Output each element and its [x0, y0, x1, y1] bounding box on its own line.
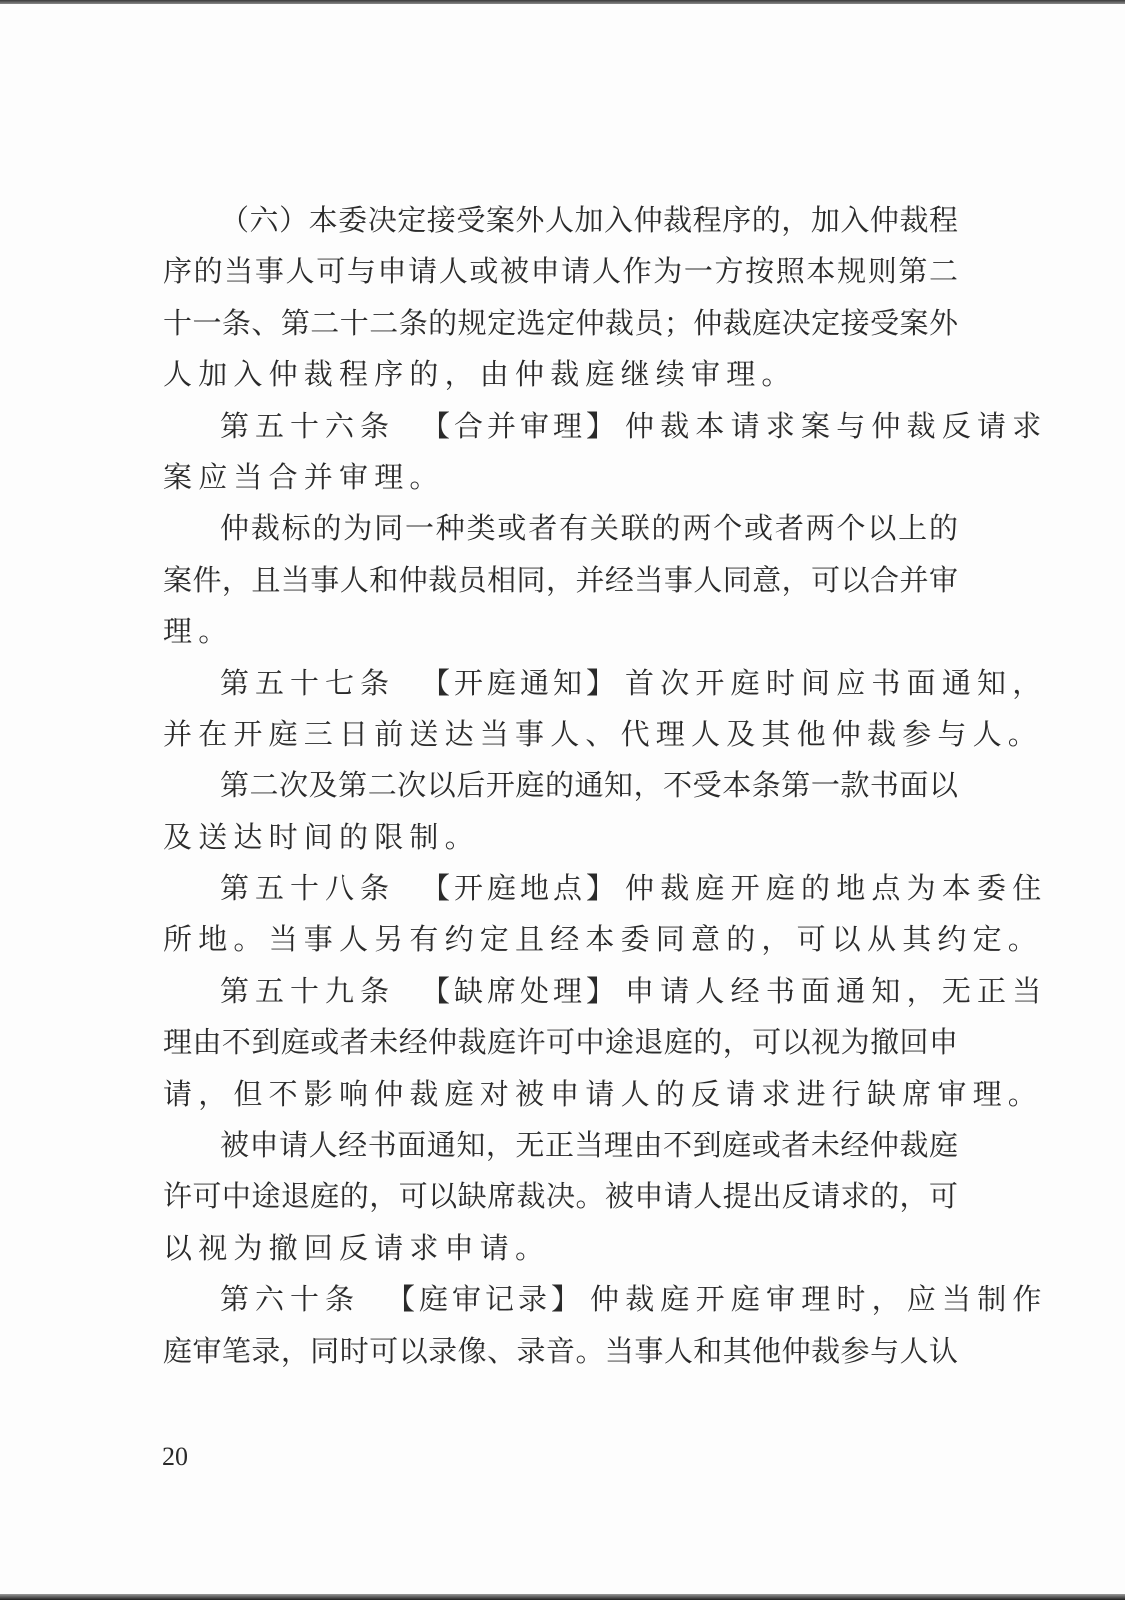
text-line: 案应当合并审理。 [163, 457, 963, 508]
article-57: 第五十七条【开庭通知】首次开庭时间应书面通知， 并在开庭三日前送达当事人、代理人… [163, 663, 963, 766]
article-58: 第五十八条【开庭地点】仲裁庭开庭的地点为本委住 所地。当事人另有约定且经本委同意… [163, 868, 963, 971]
article-60: 第六十条【庭审记录】仲裁庭开庭审理时，应当制作 庭审笔录，同时可以录像、录音。当… [163, 1279, 963, 1382]
article-title: 【开庭通知】 [421, 666, 619, 700]
paragraph-56-2: 仲裁标的为同一种类或者有关联的两个或者两个以上的 案件，且当事人和仲裁员相同，并… [163, 508, 963, 662]
text-line: 人加入仲裁程序的，由仲裁庭继续审理。 [163, 354, 963, 405]
article-heading-line: 第五十七条【开庭通知】首次开庭时间应书面通知， [163, 663, 963, 714]
article-title: 【缺席处理】 [421, 974, 619, 1008]
article-text: 仲裁庭开庭的地点为本委住 [625, 871, 1047, 905]
scan-edge-bottom [0, 1594, 1125, 1600]
paragraph-57-2: 第二次及第二次以后开庭的通知，不受本条第一款书面以 及送达时间的限制。 [163, 765, 963, 868]
article-title: 【开庭地点】 [421, 871, 619, 905]
text-line: 被申请人经书面通知，无正当理由不到庭或者未经仲裁庭 [163, 1125, 958, 1176]
article-heading-line: 第五十九条【缺席处理】申请人经书面通知，无正当 [163, 971, 963, 1022]
article-59: 第五十九条【缺席处理】申请人经书面通知，无正当 理由不到庭或者未经仲裁庭许可中途… [163, 971, 963, 1125]
text-line: 理。 [163, 611, 963, 662]
text-line: 许可中途退庭的，可以缺席裁决。被申请人提出反请求的，可 [163, 1176, 958, 1227]
text-line: 理由不到庭或者未经仲裁庭许可中途退庭的，可以视为撤回申 [163, 1022, 958, 1073]
text-line: 十一条、第二十二条的规定选定仲裁员；仲裁庭决定接受案外 [163, 303, 958, 354]
page-number: 20 [162, 1442, 188, 1472]
article-number: 第五十七条 [220, 666, 395, 700]
document-page: （六）本委决定接受案外人加入仲裁程序的，加入仲裁程 序的当事人可与申请人或被申请… [0, 0, 1125, 1600]
text-line: （六）本委决定接受案外人加入仲裁程序的，加入仲裁程 [163, 200, 958, 251]
article-heading-line: 第六十条【庭审记录】仲裁庭开庭审理时，应当制作 [163, 1279, 963, 1330]
text-line: 仲裁标的为同一种类或者有关联的两个或者两个以上的 [163, 508, 958, 559]
clause-six: （六）本委决定接受案外人加入仲裁程序的，加入仲裁程 序的当事人可与申请人或被申请… [163, 200, 963, 406]
scan-edge-top [0, 0, 1125, 4]
paragraph-59-2: 被申请人经书面通知，无正当理由不到庭或者未经仲裁庭 许可中途退庭的，可以缺席裁决… [163, 1125, 963, 1279]
article-title: 【合并审理】 [421, 409, 619, 443]
article-number: 第五十六条 [220, 409, 395, 443]
article-heading-line: 第五十八条【开庭地点】仲裁庭开庭的地点为本委住 [163, 868, 963, 919]
article-number: 第五十九条 [220, 974, 395, 1008]
article-text: 首次开庭时间应书面通知， [625, 666, 1047, 700]
article-text: 仲裁庭开庭审理时，应当制作 [590, 1282, 1048, 1316]
text-line: 所地。当事人另有约定且经本委同意的，可以从其约定。 [163, 919, 963, 970]
text-line: 以视为撤回反请求申请。 [163, 1228, 963, 1279]
text-line: 庭审笔录，同时可以录像、录音。当事人和其他仲裁参与人认 [163, 1331, 958, 1382]
text-line: 序的当事人可与申请人或被申请人作为一方按照本规则第二 [163, 251, 958, 302]
text-line: 第二次及第二次以后开庭的通知，不受本条第一款书面以 [163, 765, 958, 816]
article-number: 第六十条 [220, 1282, 360, 1316]
article-56: 第五十六条【合并审理】仲裁本请求案与仲裁反请求 案应当合并审理。 [163, 406, 963, 509]
document-body: （六）本委决定接受案外人加入仲裁程序的，加入仲裁程 序的当事人可与申请人或被申请… [163, 200, 963, 1382]
text-line: 请，但不影响仲裁庭对被申请人的反请求进行缺席审理。 [163, 1074, 963, 1125]
article-text: 申请人经书面通知，无正当 [625, 974, 1047, 1008]
article-number: 第五十八条 [220, 871, 395, 905]
text-line: 案件，且当事人和仲裁员相同，并经当事人同意，可以合并审 [163, 560, 958, 611]
text-line: 并在开庭三日前送达当事人、代理人及其他仲裁参与人。 [163, 714, 963, 765]
text-line: 及送达时间的限制。 [163, 817, 963, 868]
article-title: 【庭审记录】 [386, 1282, 584, 1316]
article-text: 仲裁本请求案与仲裁反请求 [625, 409, 1047, 443]
article-heading-line: 第五十六条【合并审理】仲裁本请求案与仲裁反请求 [163, 406, 963, 457]
